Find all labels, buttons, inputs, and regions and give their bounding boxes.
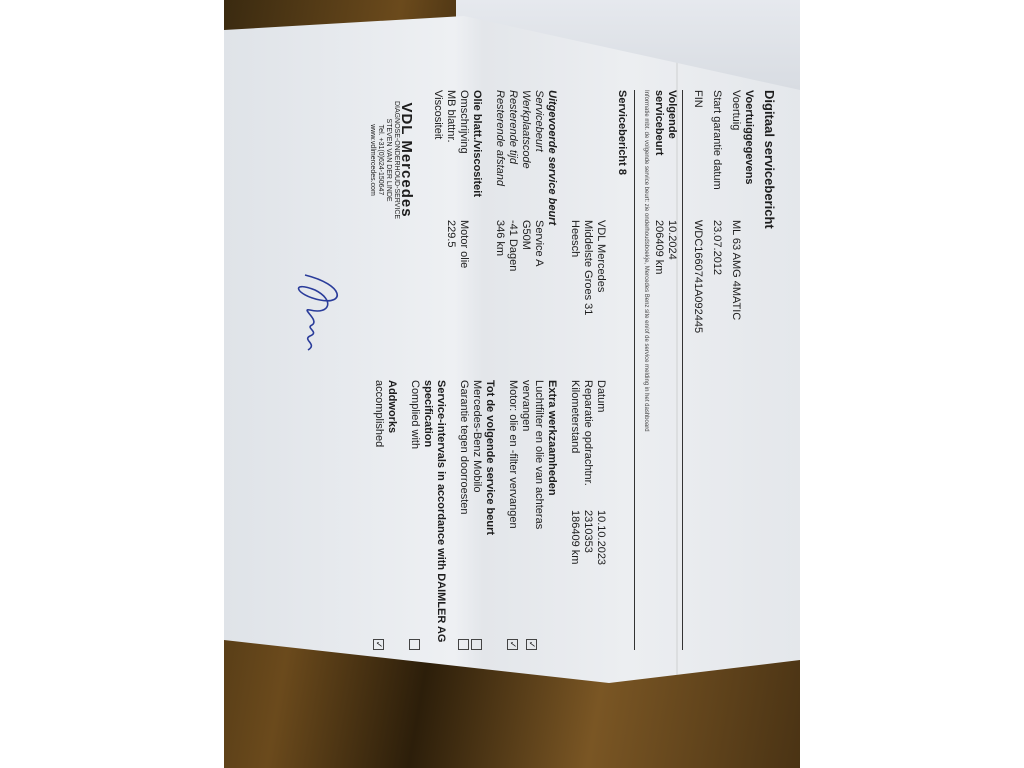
document-title: Digitaal servicebericht bbox=[763, 90, 776, 650]
next-service-row: Volgende servicebeurt 10.2024 206409 km bbox=[652, 90, 678, 650]
field-label: Start garantie datum bbox=[710, 90, 723, 220]
field-value: ML 63 AMG 4MATIC bbox=[729, 220, 742, 650]
vehicle-heading: Voertuiggegevens bbox=[742, 90, 755, 650]
stamp-line: DIAGNOSE-ONDERHOUD-SERVICE bbox=[392, 90, 400, 230]
meta-row: Kilometerstand186409 km bbox=[568, 380, 581, 650]
vehicle-row: Voertuig ML 63 AMG 4MATIC bbox=[729, 90, 742, 650]
dealer-stamp: VDL Mercedes DIAGNOSE-ONDERHOUD-SERVICE … bbox=[368, 90, 413, 230]
performed-row: WerkplaatscodeG50M bbox=[519, 90, 532, 360]
performed-row: Resterende afstand346 km bbox=[493, 90, 506, 360]
until-next-item: Garantie tegen doorroesten bbox=[457, 380, 470, 650]
vehicle-row: Start garantie datum 23.07.2012 bbox=[710, 90, 723, 650]
field-label: FIN bbox=[691, 90, 704, 220]
oil-heading: Olie blatt./viscositeit bbox=[470, 90, 483, 360]
extra-work-item: Motor: olie en -filter vervangen ✓ bbox=[506, 380, 519, 650]
addworks-item: accomplished ✓ bbox=[372, 380, 385, 650]
stamp-line: Tel. +31(0)624-150647 bbox=[376, 90, 384, 230]
stamp-line: STEVEN VAN DER LINDE bbox=[384, 90, 392, 230]
intervals-item: Complied with bbox=[408, 380, 421, 650]
stamp-line: www.vdlmercedes.com bbox=[368, 90, 376, 230]
extra-work-item: Luchtfilter en olie van achteras vervang… bbox=[519, 380, 545, 650]
meta-row: Datum10.10.2023 bbox=[594, 380, 607, 650]
meta-row: Reparatie opdrachtnr.2310353 bbox=[581, 380, 594, 650]
field-value: 23.07.2012 bbox=[710, 220, 723, 650]
right-column: Datum10.10.2023 Reparatie opdrachtnr.231… bbox=[368, 380, 607, 650]
oil-row: OmschrijvingMotor olie bbox=[457, 90, 470, 360]
dealer-city: Heesch bbox=[568, 90, 581, 360]
divider bbox=[682, 90, 683, 650]
left-column: VDL Mercedes Middelste Groes 31 Heesch U… bbox=[368, 90, 607, 360]
next-service-label: Volgende servicebeurt bbox=[652, 90, 678, 220]
service-report-columns: VDL Mercedes Middelste Groes 31 Heesch U… bbox=[368, 90, 607, 650]
next-service-note: Informatie mbt. de volgende service beur… bbox=[639, 90, 652, 650]
stamp-brand: VDL Mercedes bbox=[400, 90, 413, 230]
vehicle-row: FIN WDC1660741A092445 bbox=[691, 90, 704, 650]
next-service-values: 10.2024 206409 km bbox=[652, 220, 678, 650]
divider bbox=[634, 90, 635, 650]
performed-heading: Uitgevoerde service beurt bbox=[545, 90, 558, 360]
dealer-name: VDL Mercedes bbox=[594, 90, 607, 360]
checkbox-empty-icon bbox=[471, 639, 482, 650]
performed-row: ServicebeurtService A bbox=[532, 90, 545, 360]
extra-work-heading: Extra werkzaamheden bbox=[545, 380, 558, 650]
oil-row: MB blattnr.229.5 bbox=[444, 90, 457, 360]
addworks-heading: Addworks bbox=[385, 380, 398, 650]
until-next-item: Mercedes-Benz Mobilo bbox=[470, 380, 483, 650]
dealer-street: Middelste Groes 31 bbox=[581, 90, 594, 360]
checkbox-empty-icon bbox=[409, 639, 420, 650]
checkbox-empty-icon bbox=[458, 639, 469, 650]
field-value: WDC1660741A092445 bbox=[691, 220, 704, 650]
service-report-document: Digitaal servicebericht Voertuiggegevens… bbox=[250, 90, 790, 650]
checkbox-checked-icon: ✓ bbox=[527, 639, 538, 650]
checkbox-checked-icon: ✓ bbox=[507, 639, 518, 650]
service-report-heading: Servicebericht 8 bbox=[615, 90, 628, 650]
performed-row: Resterende tijd-41 Dagen bbox=[506, 90, 519, 360]
checkbox-checked-icon: ✓ bbox=[373, 639, 384, 650]
field-label: Voertuig bbox=[729, 90, 742, 220]
until-next-heading: Tot de volgende service beurt bbox=[483, 380, 496, 650]
handwritten-signature bbox=[280, 270, 350, 360]
oil-row: Viscositeit bbox=[431, 90, 444, 360]
intervals-heading: Service-intervals in accordance with DAI… bbox=[421, 380, 447, 650]
